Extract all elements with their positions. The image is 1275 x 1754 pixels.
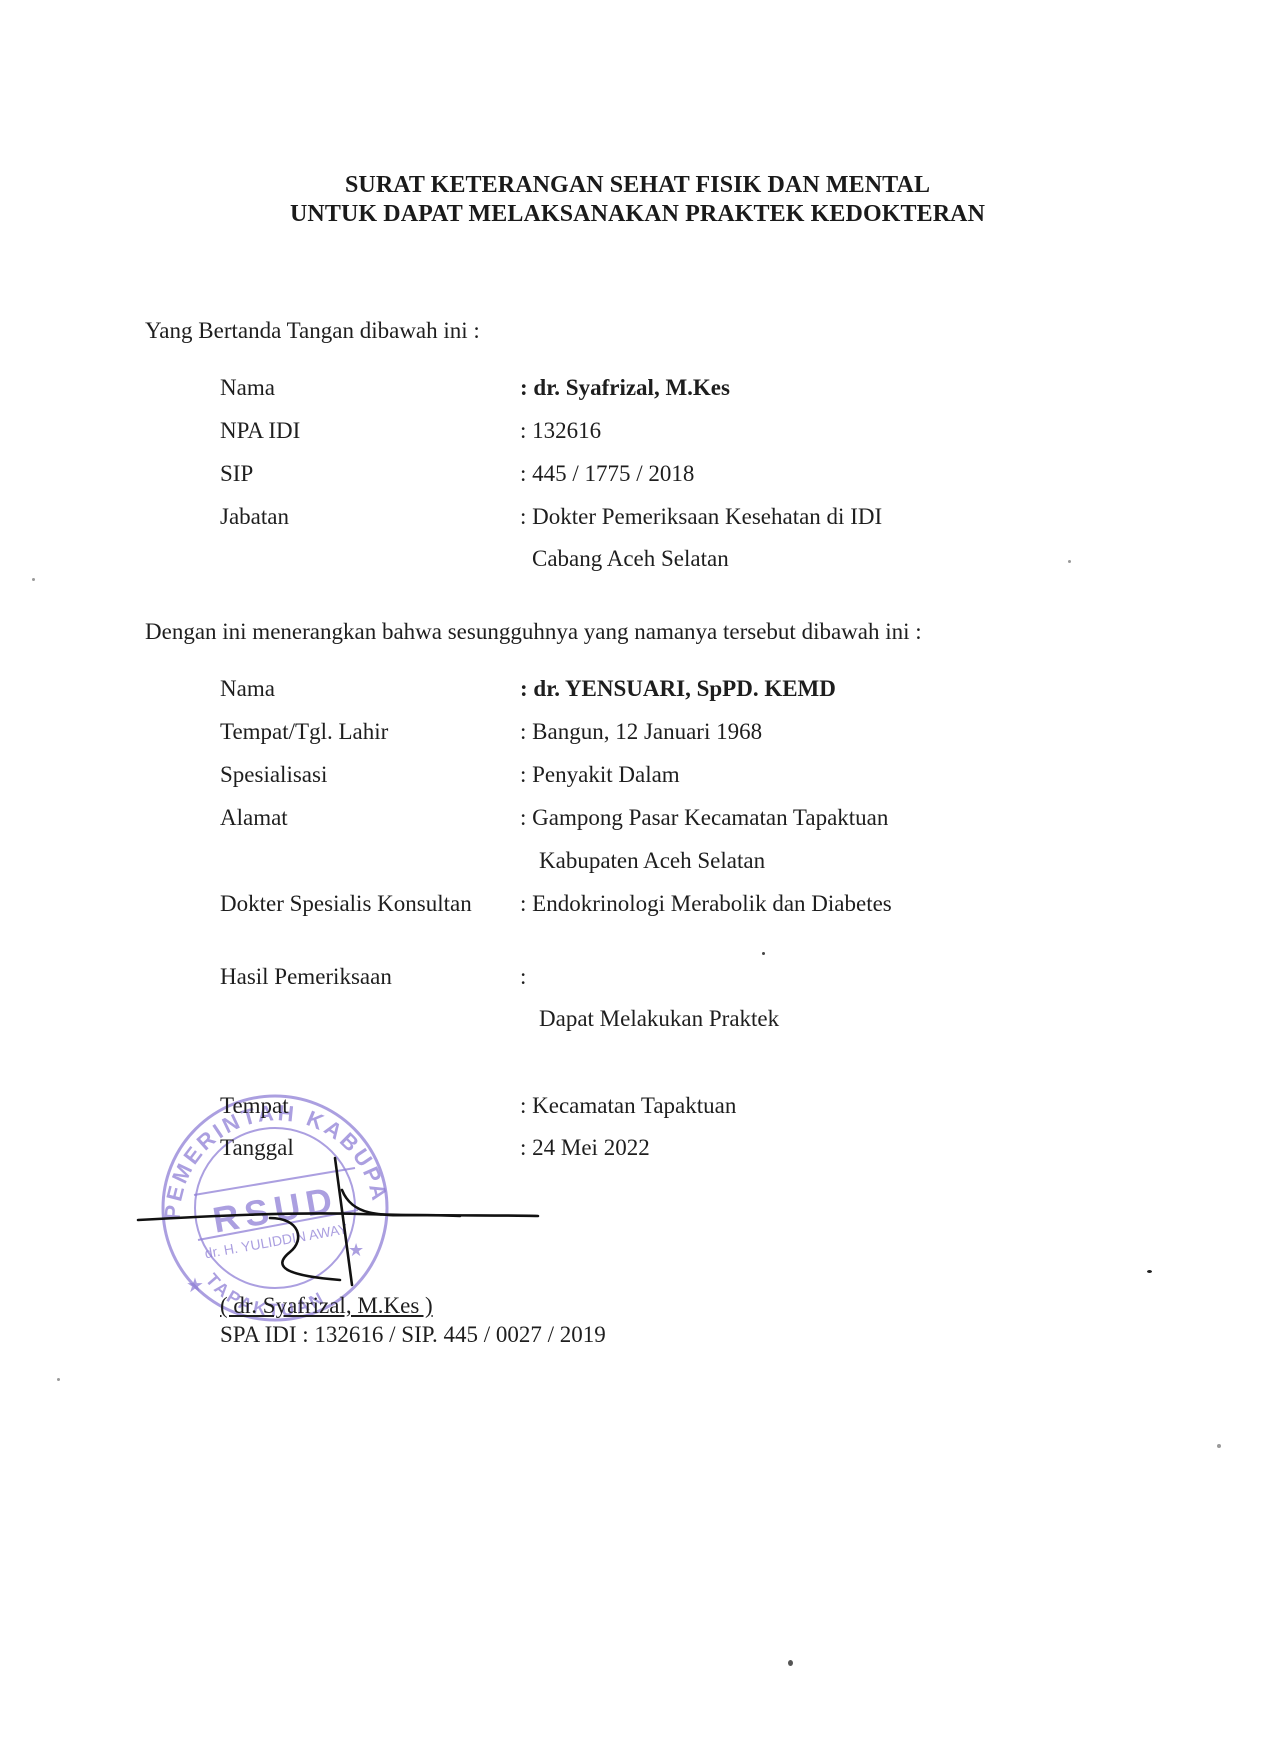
document-title-line1: SURAT KETERANGAN SEHAT FISIK DAN MENTAL bbox=[0, 172, 1275, 199]
signer-position-continuation: Cabang Aceh Selatan bbox=[532, 545, 729, 573]
scan-speck bbox=[1217, 1444, 1221, 1448]
subject-name-value: : dr. YENSUARI, SpPD. KEMD bbox=[520, 675, 836, 703]
signatory-credentials: SPA IDI : 132616 / SIP. 445 / 0027 / 201… bbox=[220, 1321, 606, 1349]
signer-name-label: Nama bbox=[220, 374, 275, 402]
scan-speck bbox=[788, 1660, 793, 1666]
intro-subject: Dengan ini menerangkan bahwa sesungguhny… bbox=[145, 618, 922, 646]
scan-speck bbox=[32, 578, 35, 581]
subject-address-label: Alamat bbox=[220, 804, 288, 832]
scan-speck bbox=[762, 952, 765, 955]
subject-specialization-label: Spesialisasi bbox=[220, 761, 327, 789]
signer-npa-value: : 132616 bbox=[520, 417, 601, 445]
subject-consultant-value: : Endokrinologi Merabolik dan Diabetes bbox=[520, 890, 892, 918]
handwritten-signature bbox=[130, 1100, 570, 1300]
signer-npa-label: NPA IDI bbox=[220, 417, 300, 445]
subject-birth-value: : Bangun, 12 Januari 1968 bbox=[520, 718, 762, 746]
scan-speck bbox=[1147, 1270, 1152, 1273]
result-colon: : bbox=[520, 963, 526, 991]
subject-specialization-value: : Penyakit Dalam bbox=[520, 761, 680, 789]
document-title-line2: UNTUK DAPAT MELAKSANAKAN PRAKTEK KEDOKTE… bbox=[0, 201, 1275, 228]
subject-consultant-label: Dokter Spesialis Konsultan bbox=[220, 890, 472, 918]
intro-signer: Yang Bertanda Tangan dibawah ini : bbox=[145, 317, 480, 345]
subject-address-continuation: Kabupaten Aceh Selatan bbox=[539, 847, 765, 875]
signer-name-value: : dr. Syafrizal, M.Kes bbox=[520, 374, 730, 402]
result-value: Dapat Melakukan Praktek bbox=[539, 1005, 779, 1033]
result-label: Hasil Pemeriksaan bbox=[220, 963, 392, 991]
signer-position-value: : Dokter Pemeriksaan Kesehatan di IDI bbox=[520, 503, 882, 531]
signer-position-label: Jabatan bbox=[220, 503, 289, 531]
subject-birth-label: Tempat/Tgl. Lahir bbox=[220, 718, 388, 746]
signatory-name: ( dr. Syafrizal, M.Kes ) bbox=[220, 1292, 433, 1320]
subject-name-label: Nama bbox=[220, 675, 275, 703]
subject-address-value: : Gampong Pasar Kecamatan Tapaktuan bbox=[520, 804, 888, 832]
signer-sip-value: : 445 / 1775 / 2018 bbox=[520, 460, 694, 488]
signer-sip-label: SIP bbox=[220, 460, 253, 488]
scan-speck bbox=[57, 1378, 60, 1381]
scan-speck bbox=[1068, 560, 1071, 563]
